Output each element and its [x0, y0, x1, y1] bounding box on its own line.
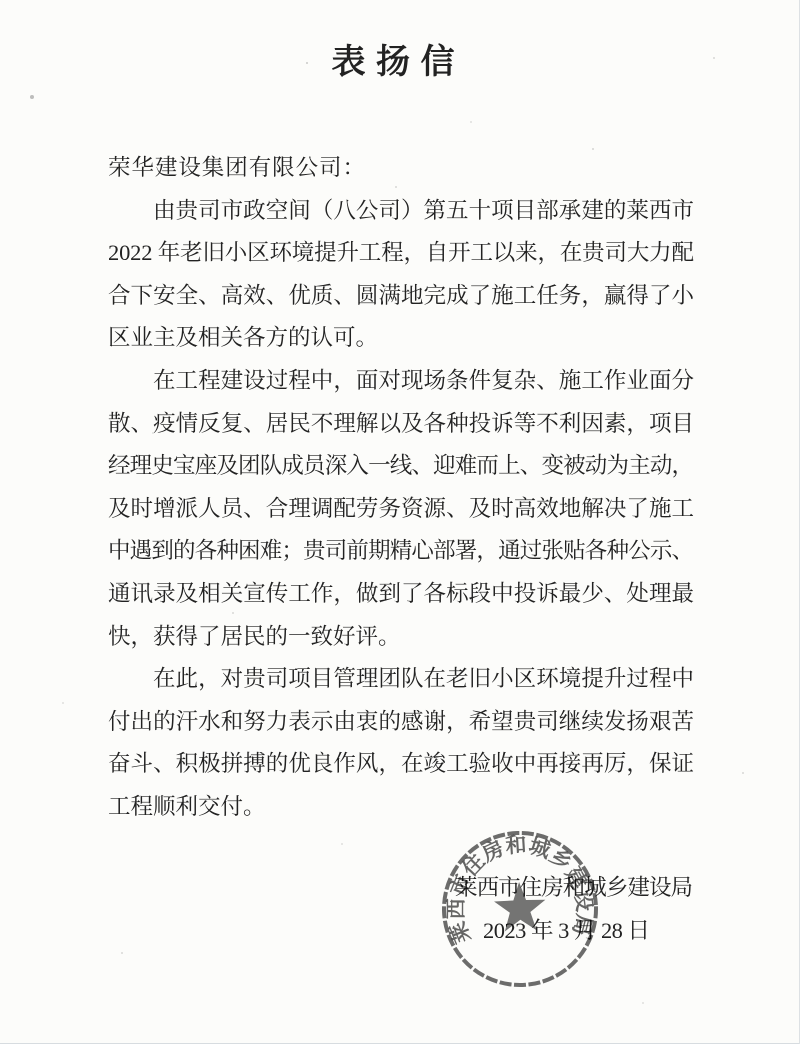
- star-icon: [493, 881, 546, 932]
- body-line: 及时增派人员、合理调配劳务资源、及时高效地解决了施工: [108, 488, 694, 531]
- body-line: 经理史宝座及团队成员深入一线、迎难而上、变被动为主动，: [108, 445, 694, 488]
- official-seal-stamp: 莱西市住房和城乡建设局: [437, 826, 602, 991]
- body-line: 区业主及相关各方的认可。: [108, 317, 694, 360]
- salutation: 荣华建设集团有限公司：: [108, 147, 694, 190]
- body-line: 散、疫情反复、居民不理解以及各种投诉等不利因素，项目: [108, 403, 694, 446]
- body-line: 通讯录及相关宣传工作，做到了各标段中投诉最少、处理最: [108, 573, 694, 616]
- body-line: 快，获得了居民的一致好评。: [108, 616, 694, 659]
- body-line: 付出的汗水和努力表示由衷的感谢，希望贵司继续发扬艰苦: [108, 701, 694, 744]
- letter-body: 荣华建设集团有限公司： 由贵司市政空间（八公司）第五十项目部承建的莱西市2022…: [108, 147, 694, 829]
- letter-title-text: 表 扬 信: [332, 42, 454, 82]
- letter-title: 表 扬 信: [0, 38, 793, 86]
- body-line: 在此，对贵司项目管理团队在老旧小区环境提升过程中: [108, 658, 694, 701]
- body-line: 2022 年老旧小区环境提升工程，自开工以来，在贵司大力配: [108, 232, 694, 275]
- scan-speckles: [0, 0, 2, 2]
- salutation-text: 荣华建设集团有限公司：: [108, 155, 366, 180]
- body-line: 中遇到的各种困难；贵司前期精心部署，通过张贴各种公示、: [108, 530, 694, 573]
- scanned-letter-page: 表 扬 信 荣华建设集团有限公司： 由贵司市政空间（八公司）第五十项目部承建的莱…: [0, 0, 800, 1044]
- body-line: 奋斗、积极拼搏的优良作风，在竣工验收中再接再厉，保证: [108, 743, 694, 786]
- body-line: 由贵司市政空间（八公司）第五十项目部承建的莱西市: [108, 190, 694, 233]
- body-line: 工程顺利交付。: [108, 786, 694, 829]
- body-line: 合下安全、高效、优质、圆满地完成了施工任务，赢得了小: [108, 275, 694, 318]
- body-line: 在工程建设过程中，面对现场条件复杂、施工作业面分: [108, 360, 694, 403]
